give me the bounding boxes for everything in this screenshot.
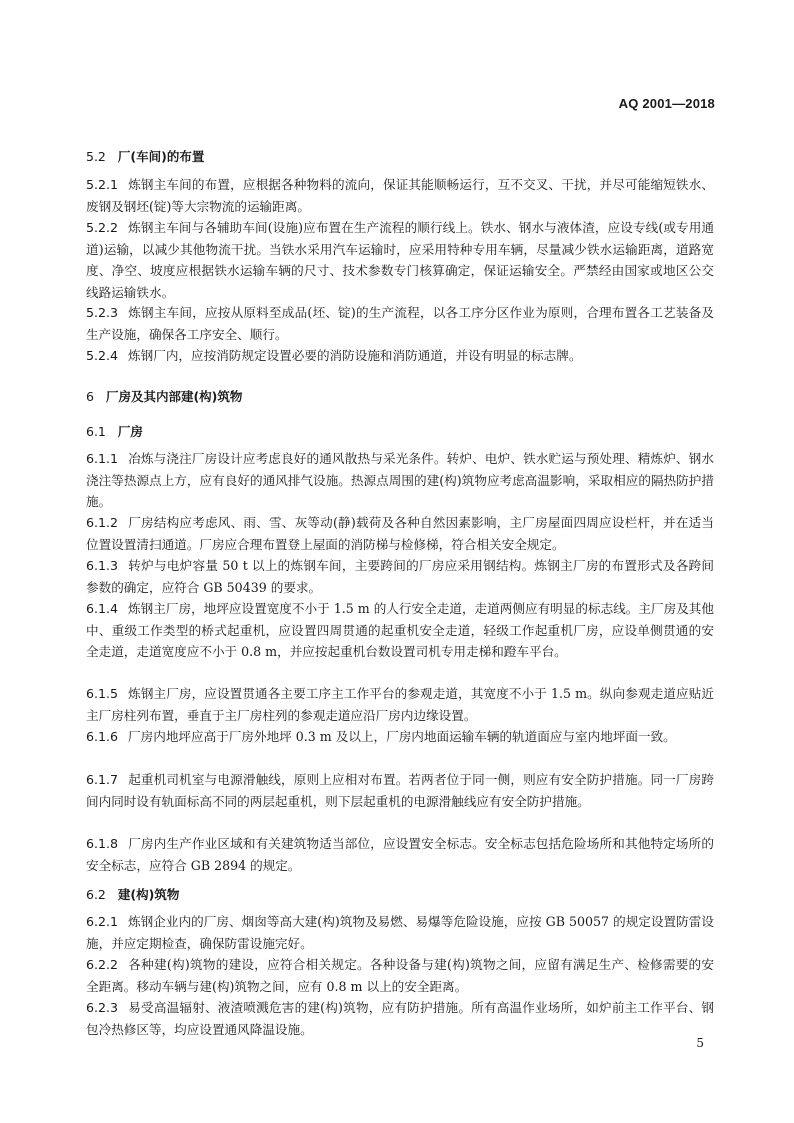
clause-text: 炼钢企业内的厂房、烟囱等高大建(构)筑物及易燃、易爆等危险设施，应按 GB 50… bbox=[86, 914, 714, 951]
clause-number: 6.2.2 bbox=[86, 957, 118, 972]
clause-paragraph: 6.2.2各种建(构)筑物的建设，应符合相关规定。各种设备与建(构)筑物之间，应… bbox=[86, 954, 714, 997]
clause-number: 6.1.5 bbox=[86, 686, 118, 701]
clause-paragraph: 6.1.3转炉与电炉容量 50 t 以上的炼钢车间，主要跨间的厂房应采用钢结构。… bbox=[86, 555, 714, 598]
heading-title: 厂房 bbox=[118, 424, 143, 439]
section-heading: 6厂房及其内部建(构)筑物 bbox=[86, 387, 242, 405]
standard-code: AQ 2001—2018 bbox=[619, 96, 715, 111]
clause-number: 6.2.1 bbox=[86, 914, 118, 929]
clause-number: 6.1.3 bbox=[86, 558, 118, 573]
clause-text: 转炉与电炉容量 50 t 以上的炼钢车间，主要跨间的厂房应采用钢结构。炼钢主厂房… bbox=[86, 558, 714, 595]
clause-number: 6.2.3 bbox=[86, 1000, 118, 1015]
clause-paragraph: 6.1.8厂房内生产作业区域和有关建筑物适当部位，应设置安全标志。安全标志包括危… bbox=[86, 833, 714, 876]
clause-number: 6.1.6 bbox=[86, 729, 118, 744]
clause-number: 5.2.3 bbox=[86, 305, 118, 320]
clause-number: 6.1 bbox=[86, 424, 106, 439]
clause-text: 厂房结构应考虑风、雨、雪、灰等动(静)载荷及各种自然因素影响，主厂房屋面四周应设… bbox=[86, 515, 714, 552]
clause-paragraph: 6.1.5炼钢主厂房，应设置贯通各主要工序主工作平台的参观走道，其宽度不小于 1… bbox=[86, 683, 714, 726]
heading-title: 厂房及其内部建(构)筑物 bbox=[106, 389, 242, 404]
clause-number: 6.1.8 bbox=[86, 836, 118, 851]
heading-title: 建(构)筑物 bbox=[118, 887, 179, 902]
clause-number: 6.1.7 bbox=[86, 772, 118, 787]
clause-number: 6 bbox=[86, 389, 94, 404]
page-number: 5 bbox=[696, 1036, 704, 1050]
clause-number: 6.2 bbox=[86, 887, 106, 902]
clause-number: 6.1.2 bbox=[86, 515, 118, 530]
clause-paragraph: 6.2.1炼钢企业内的厂房、烟囱等高大建(构)筑物及易燃、易爆等危险设施，应按 … bbox=[86, 911, 714, 954]
clause-text: 厂房内地坪应高于厂房外地坪 0.3 m 及以上，厂房内地面运输车辆的轨道面应与室… bbox=[128, 729, 676, 744]
clause-number: 6.1.4 bbox=[86, 601, 118, 616]
clause-number: 5.2.1 bbox=[86, 177, 118, 192]
section-heading: 6.2建(构)筑物 bbox=[86, 885, 179, 903]
clause-paragraph: 6.2.3易受高温辐射、液渣喷溅危害的建(构)筑物，应有防护措施。所有高温作业场… bbox=[86, 997, 714, 1040]
clause-number: 5.2.2 bbox=[86, 220, 118, 235]
clause-text: 炼钢厂内，应按消防规定设置必要的消防设施和消防通道，并设有明显的标志牌。 bbox=[128, 348, 581, 363]
clause-paragraph: 5.2.1炼钢主车间的布置，应根据各种物料的流向，保证其能顺畅运行，互不交叉、干… bbox=[86, 174, 714, 217]
clause-paragraph: 5.2.2炼钢主车间与各辅助车间(设施)应布置在生产流程的顺行线上。铁水、钢水与… bbox=[86, 217, 714, 303]
clause-text: 各种建(构)筑物的建设，应符合相关规定。各种设备与建(构)筑物之间，应留有满足生… bbox=[86, 957, 714, 994]
section-heading: 5.2厂(车间)的布置 bbox=[86, 147, 204, 165]
clause-text: 冶炼与浇注厂房设计应考虑良好的通风散热与采光条件。转炉、电炉、铁水贮运与预处理、… bbox=[86, 451, 714, 509]
clause-text: 起重机司机室与电源滑触线，原则上应相对布置。若两者位于同一侧，则应有安全防护措施… bbox=[86, 772, 714, 809]
clause-number: 5.2 bbox=[86, 149, 106, 164]
clause-text: 厂房内生产作业区域和有关建筑物适当部位，应设置安全标志。安全标志包括危险场所和其… bbox=[86, 836, 714, 873]
clause-number: 6.1.1 bbox=[86, 451, 118, 466]
clause-paragraph: 6.1.2厂房结构应考虑风、雨、雪、灰等动(静)载荷及各种自然因素影响，主厂房屋… bbox=[86, 512, 714, 555]
clause-text: 炼钢主车间与各辅助车间(设施)应布置在生产流程的顺行线上。铁水、钢水与液体渣，应… bbox=[86, 220, 714, 300]
clause-paragraph: 5.2.3炼钢主车间，应按从原料至成品(坯、锭)的生产流程，以各工序分区作业为原… bbox=[86, 302, 714, 345]
section-heading: 6.1厂房 bbox=[86, 422, 143, 440]
clause-text: 炼钢主车间的布置，应根据各种物料的流向，保证其能顺畅运行，互不交叉、干扰，并尽可… bbox=[86, 177, 714, 214]
clause-paragraph: 6.1.4炼钢主厂房，地坪应设置宽度不小于 1.5 m 的人行安全走道，走道两侧… bbox=[86, 598, 714, 663]
clause-text: 炼钢主厂房，地坪应设置宽度不小于 1.5 m 的人行安全走道，走道两侧应有明显的… bbox=[86, 601, 714, 659]
clause-text: 炼钢主厂房，应设置贯通各主要工序主工作平台的参观走道，其宽度不小于 1.5 m。… bbox=[86, 686, 714, 723]
clause-paragraph: 6.1.6厂房内地坪应高于厂房外地坪 0.3 m 及以上，厂房内地面运输车辆的轨… bbox=[86, 726, 714, 748]
heading-title: 厂(车间)的布置 bbox=[118, 149, 204, 164]
clause-number: 5.2.4 bbox=[86, 348, 118, 363]
clause-paragraph: 6.1.1冶炼与浇注厂房设计应考虑良好的通风散热与采光条件。转炉、电炉、铁水贮运… bbox=[86, 448, 714, 513]
clause-paragraph: 6.1.7起重机司机室与电源滑触线，原则上应相对布置。若两者位于同一侧，则应有安… bbox=[86, 769, 714, 812]
clause-text: 炼钢主车间，应按从原料至成品(坯、锭)的生产流程，以各工序分区作业为原则，合理布… bbox=[86, 305, 714, 342]
clause-paragraph: 5.2.4炼钢厂内，应按消防规定设置必要的消防设施和消防通道，并设有明显的标志牌… bbox=[86, 345, 714, 367]
clause-text: 易受高温辐射、液渣喷溅危害的建(构)筑物，应有防护措施。所有高温作业场所，如炉前… bbox=[86, 1000, 714, 1037]
